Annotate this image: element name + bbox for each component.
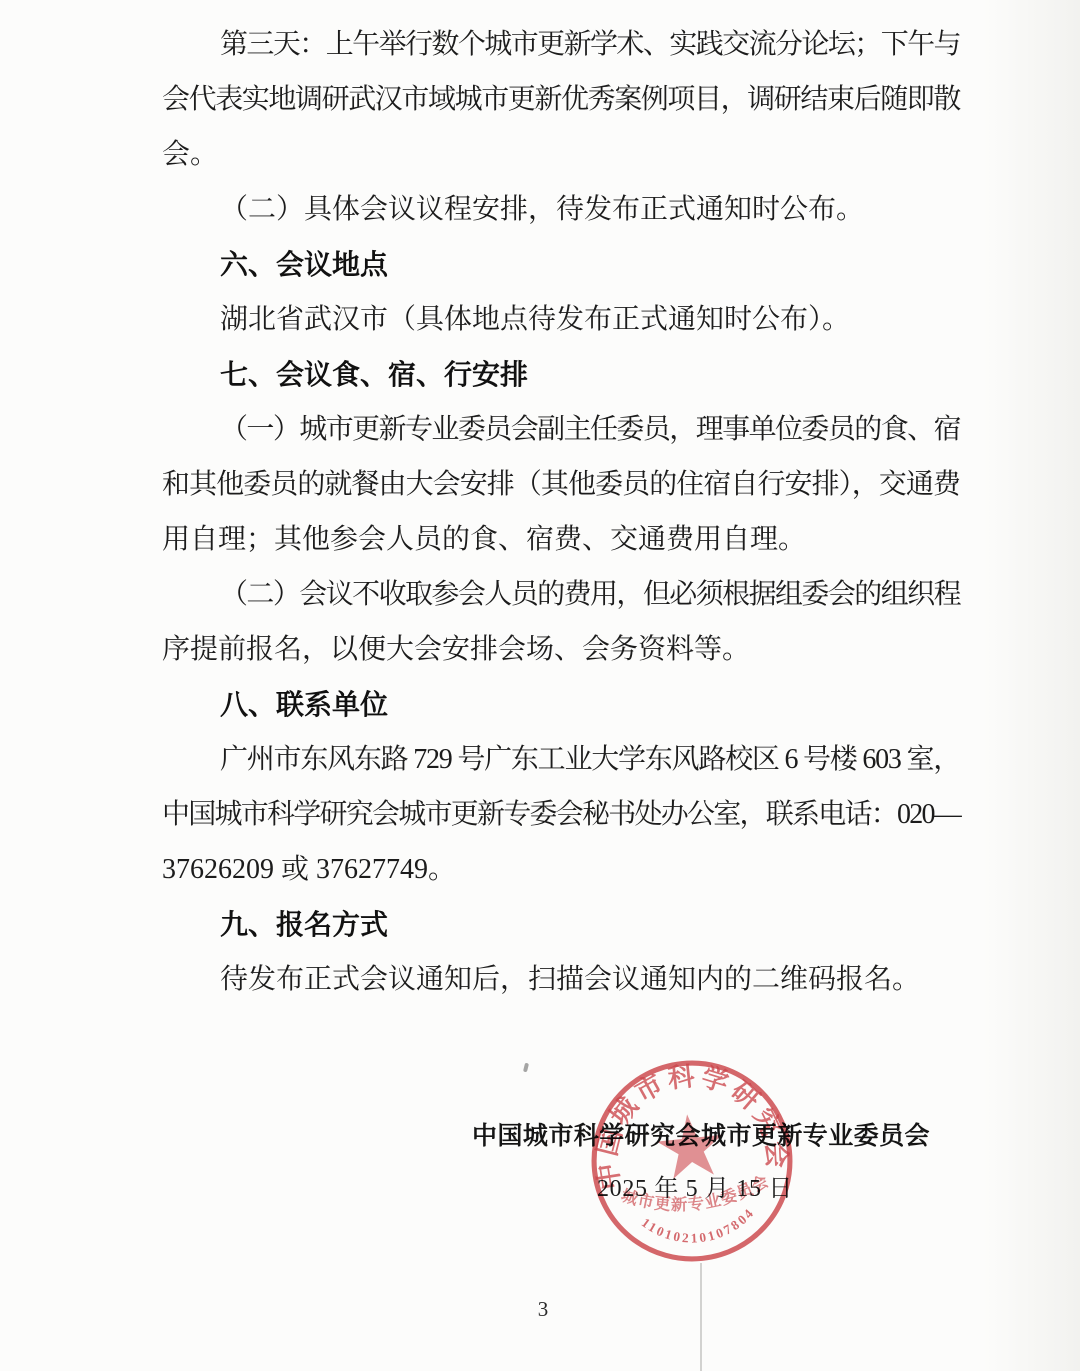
line-text: （二）具体会议议程安排，待发布正式通知时公布。 bbox=[220, 194, 864, 225]
section-heading: 六、会议地点 bbox=[162, 237, 960, 292]
text-line: 待发布正式会议通知后，扫描会议通知内的二维码报名。 bbox=[162, 952, 960, 1007]
line-text: 第三天：上午举行数个城市更新学术、实践交流分论坛；下午与 bbox=[220, 29, 960, 60]
text-line: 湖北省武汉市（具体地点待发布正式通知时公布）。 bbox=[162, 292, 960, 347]
text-line: 中国城市科学研究会城市更新专委会秘书处办公室，联系电话：020— bbox=[162, 787, 960, 842]
line-text: 和其他委员的就餐由大会安排（其他委员的住宿自行安排），交通费 bbox=[162, 469, 960, 500]
line-text: 广州市东风东路 729 号广东工业大学东风路校区 6 号楼 603 室， bbox=[220, 744, 960, 775]
text-line: 和其他委员的就餐由大会安排（其他委员的住宿自行安排），交通费 bbox=[162, 457, 960, 512]
text-line: 用自理；其他参会人员的食、宿费、交通费用自理。 bbox=[162, 512, 960, 567]
line-text: 会。 bbox=[162, 139, 218, 170]
seal-star-icon bbox=[654, 1111, 726, 1180]
text-line: 广州市东风东路 729 号广东工业大学东风路校区 6 号楼 603 室， bbox=[162, 732, 960, 787]
text-line: （一）城市更新专业委员会副主任委员，理事单位委员的食、宿 bbox=[162, 402, 960, 457]
line-text: 会代表实地调研武汉市域城市更新优秀案例项目，调研结束后随即散 bbox=[162, 84, 960, 115]
line-text: 七、会议食、宿、行安排 bbox=[220, 359, 528, 390]
section-heading: 八、联系单位 bbox=[162, 677, 960, 732]
section-heading: 九、报名方式 bbox=[162, 897, 960, 952]
line-text: 湖北省武汉市（具体地点待发布正式通知时公布）。 bbox=[220, 304, 850, 335]
document-page: 第三天：上午举行数个城市更新学术、实践交流分论坛；下午与会代表实地调研武汉市域城… bbox=[0, 0, 1080, 1371]
text-line: 第三天：上午举行数个城市更新学术、实践交流分论坛；下午与 bbox=[162, 17, 960, 72]
line-text: 用自理；其他参会人员的食、宿费、交通费用自理。 bbox=[162, 524, 806, 555]
text-line: （二）具体会议议程安排，待发布正式通知时公布。 bbox=[162, 182, 960, 237]
text-line: 会代表实地调研武汉市域城市更新优秀案例项目，调研结束后随即散 bbox=[162, 72, 960, 127]
line-text: 九、报名方式 bbox=[220, 909, 388, 940]
scan-artifact-line bbox=[700, 1263, 702, 1371]
line-text: （二）会议不收取参会人员的费用，但必须根据组委会的组织程 bbox=[220, 579, 960, 610]
official-seal: 中国城市科学研究会 城市更新专业委员会 11010210107804 bbox=[580, 1049, 804, 1273]
text-line: 37626209 或 37627749。 bbox=[162, 842, 960, 897]
text-line: 会。 bbox=[162, 127, 960, 182]
line-text: 六、会议地点 bbox=[220, 249, 388, 280]
section-heading: 七、会议食、宿、行安排 bbox=[162, 347, 960, 402]
line-text: 八、联系单位 bbox=[220, 689, 388, 720]
text-line: 序提前报名，以便大会安排会场、会务资料等。 bbox=[162, 622, 960, 677]
line-text: 待发布正式会议通知后，扫描会议通知内的二维码报名。 bbox=[220, 964, 920, 995]
scan-artifact-dot bbox=[523, 1063, 529, 1073]
line-text: 37626209 或 37627749。 bbox=[162, 854, 456, 885]
line-text: 序提前报名，以便大会安排会场、会务资料等。 bbox=[162, 634, 750, 665]
line-text: 中国城市科学研究会城市更新专委会秘书处办公室，联系电话：020— bbox=[162, 799, 960, 830]
line-text: （一）城市更新专业委员会副主任委员，理事单位委员的食、宿 bbox=[220, 414, 960, 445]
text-line: （二）会议不收取参会人员的费用，但必须根据组委会的组织程 bbox=[162, 567, 960, 622]
document-body: 第三天：上午举行数个城市更新学术、实践交流分论坛；下午与会代表实地调研武汉市域城… bbox=[162, 17, 960, 1007]
page-number: 3 bbox=[521, 1297, 565, 1322]
